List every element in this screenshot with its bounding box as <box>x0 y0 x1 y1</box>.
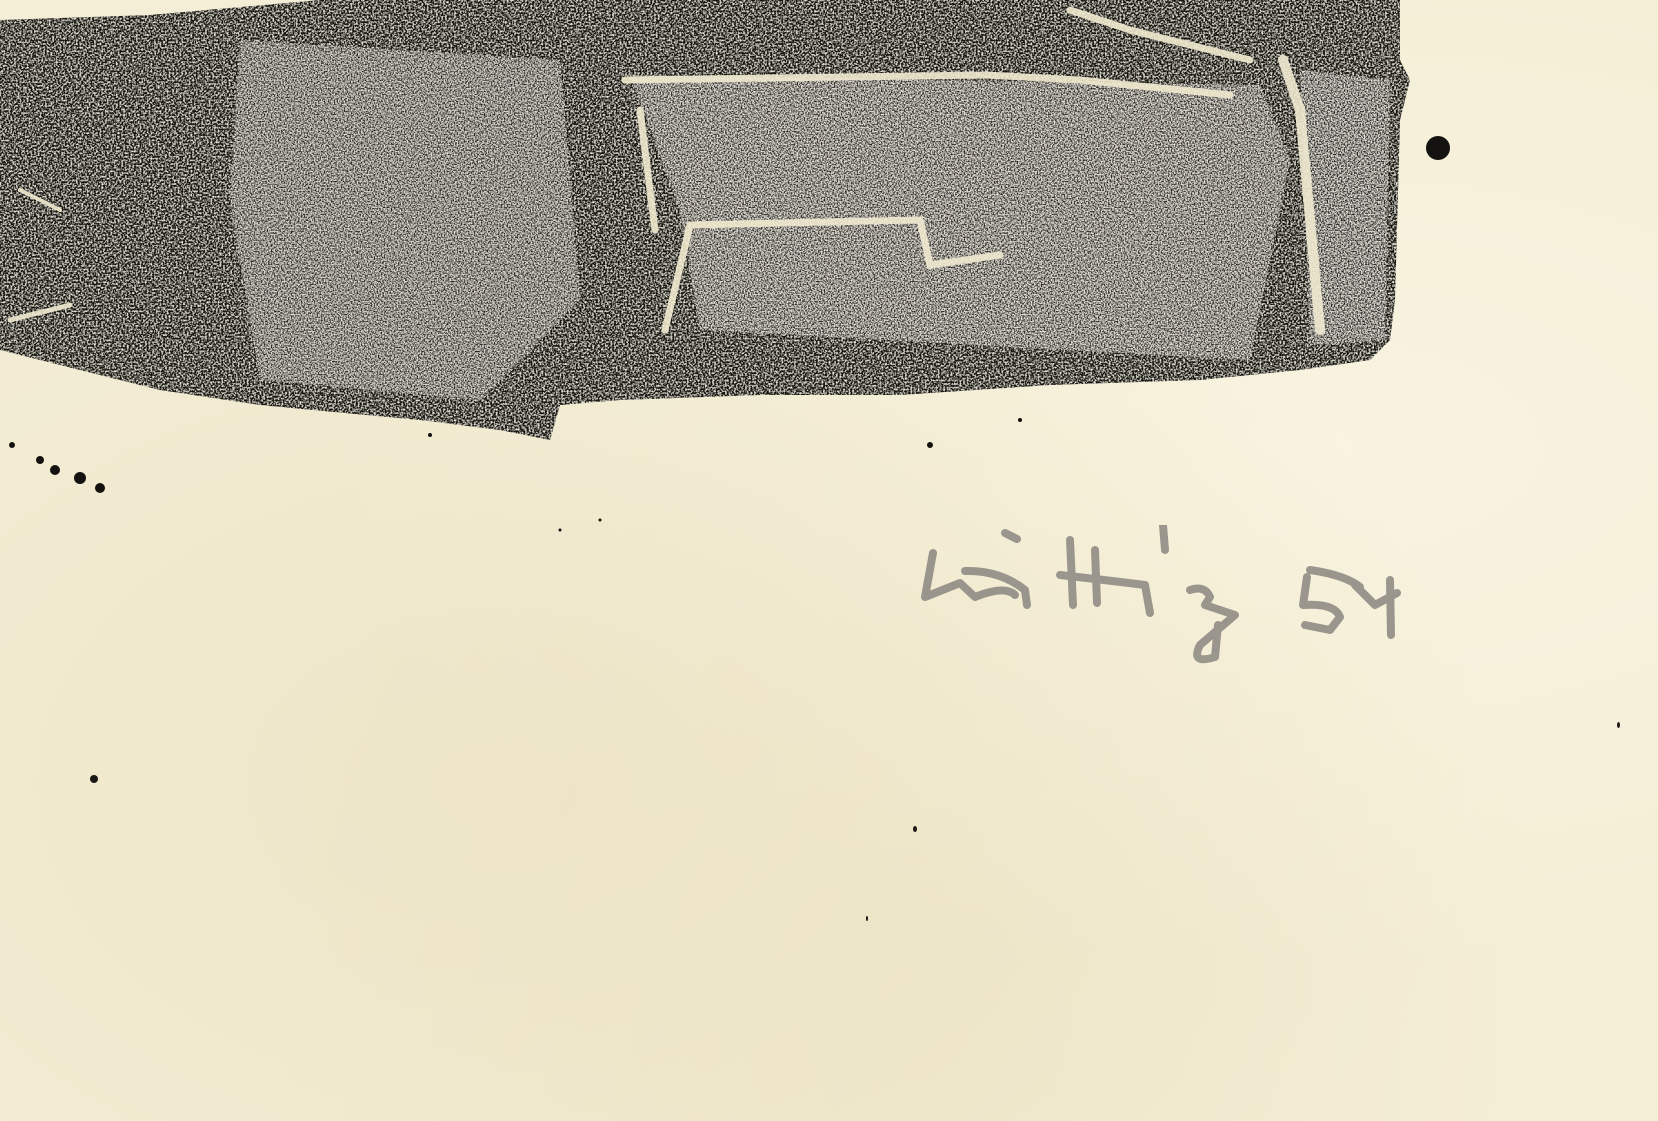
artwork-photo: Wittig 54 <box>0 0 1658 1121</box>
pencil-signature: Wittig 54 <box>905 525 1425 665</box>
ink-speck <box>90 775 98 783</box>
ink-speck <box>1617 722 1620 728</box>
ink-speck <box>913 826 917 832</box>
ink-speck <box>866 916 868 921</box>
signature-strokes <box>905 525 1425 665</box>
lithograph-print-image <box>0 0 1480 560</box>
ink-mass <box>0 0 1480 560</box>
